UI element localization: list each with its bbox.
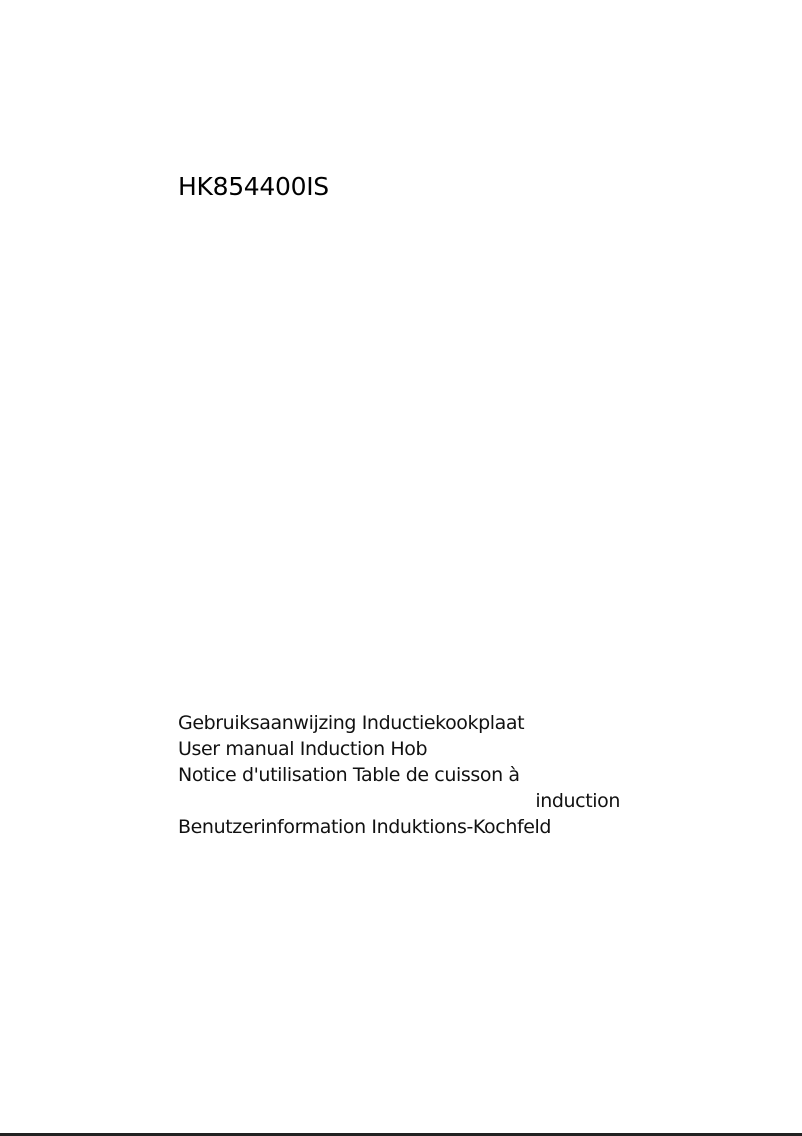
- title-dutch: Gebruiksaanwijzing Inductiekookplaat: [178, 710, 620, 736]
- manual-title-list: Gebruiksaanwijzing Inductiekookplaat Use…: [178, 710, 620, 840]
- title-german: Benutzerinformation Induktions-Kochfeld: [178, 814, 620, 840]
- model-number: HK854400IS: [178, 172, 329, 201]
- title-english: User manual Induction Hob: [178, 736, 620, 762]
- title-french: Notice d'utilisation Table de cuisson à: [178, 762, 620, 788]
- title-french-continued: induction: [178, 788, 620, 814]
